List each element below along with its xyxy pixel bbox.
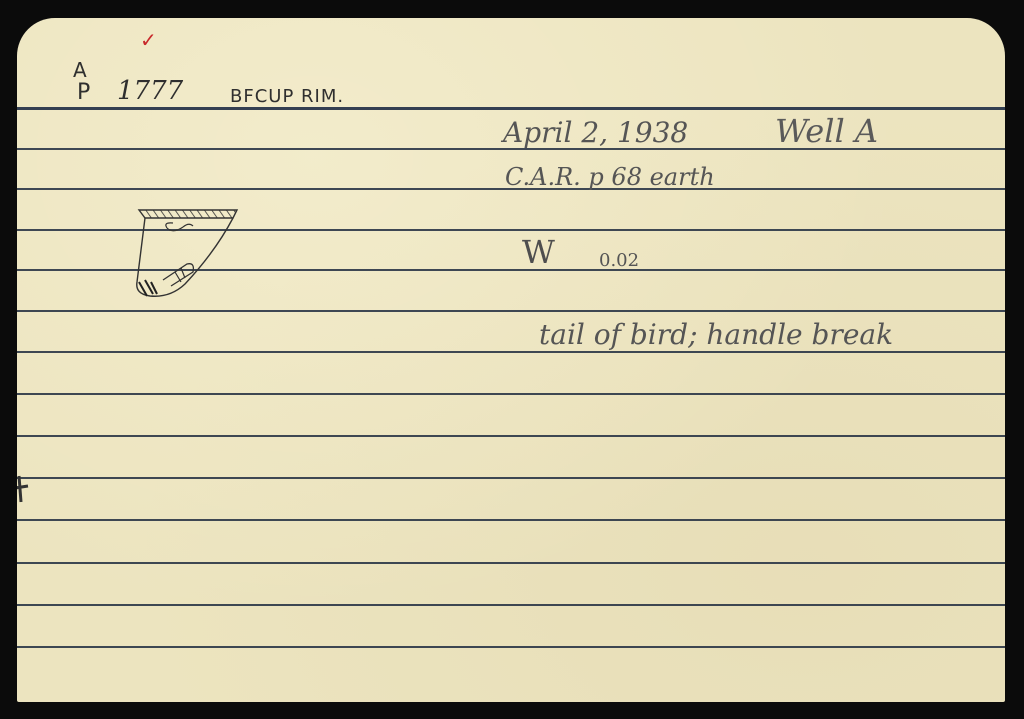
object-description: BFCUP RIM. bbox=[230, 86, 344, 107]
dimension-value: 0.02 bbox=[599, 250, 639, 271]
catalog-letter-a: A bbox=[73, 58, 87, 82]
rule-line bbox=[17, 646, 1005, 648]
dimension-label: W bbox=[522, 233, 555, 271]
excavation-date: April 2, 1938 bbox=[503, 116, 688, 149]
rule-line bbox=[17, 477, 1005, 479]
description-note: tail of bird; handle break bbox=[539, 318, 893, 351]
find-location: Well A bbox=[775, 112, 878, 150]
reference-note: C.A.R. p 68 earth bbox=[505, 163, 715, 191]
rule-line bbox=[17, 562, 1005, 564]
rule-line bbox=[17, 435, 1005, 437]
rule-line bbox=[17, 107, 1005, 110]
catalog-number: 1777 bbox=[117, 76, 183, 106]
rule-line bbox=[17, 310, 1005, 312]
rule-line bbox=[17, 604, 1005, 606]
rule-line bbox=[17, 519, 1005, 521]
red-check-mark: ✓ bbox=[140, 28, 157, 52]
edge-ink-mark-icon bbox=[17, 474, 29, 504]
rule-line bbox=[17, 393, 1005, 395]
pottery-rim-sherd-drawing-icon bbox=[125, 202, 255, 302]
index-card: ✓ A P 1777 BFCUP RIM. April 2, 1938 Well… bbox=[17, 18, 1005, 702]
rule-line bbox=[17, 351, 1005, 353]
catalog-letter-p: P bbox=[77, 80, 90, 105]
